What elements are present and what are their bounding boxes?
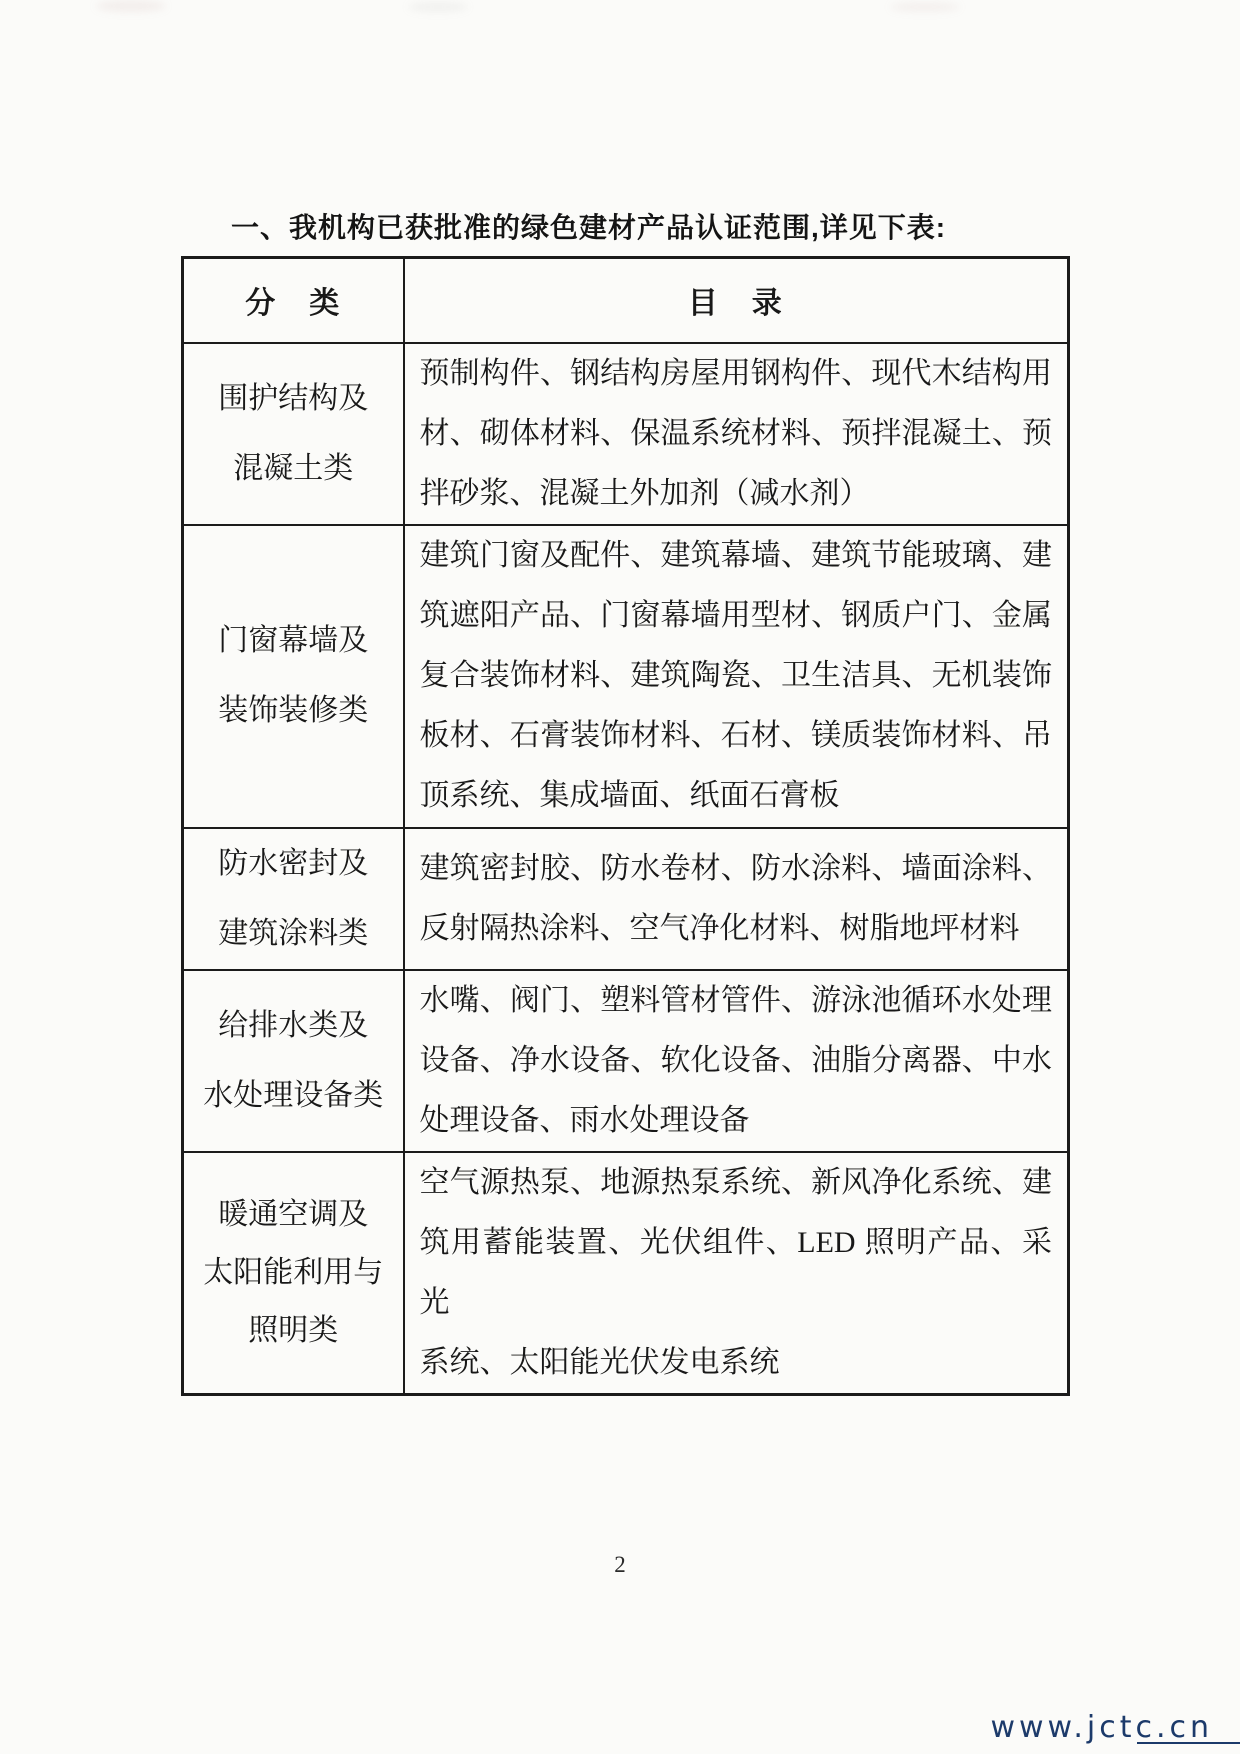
category-line: 围护结构及 xyxy=(184,364,403,434)
certification-scope-table: 分 类 目 录 围护结构及混凝土类预制构件、钢结构房屋用钢构件、现代木结构用材、… xyxy=(181,256,1070,1396)
category-line: 照明类 xyxy=(184,1302,403,1360)
category-line: 暖通空调及 xyxy=(184,1186,403,1244)
scan-smudge xyxy=(890,2,960,12)
category-cell: 暖通空调及太阳能利用与照明类 xyxy=(183,1152,404,1395)
category-cell: 围护结构及混凝土类 xyxy=(183,343,404,525)
category-line: 太阳能利用与 xyxy=(184,1244,403,1302)
table-row: 门窗幕墙及装饰装修类建筑门窗及配件、建筑幕墙、建筑节能玻璃、建筑遮阳产品、门窗幕… xyxy=(183,525,1069,828)
table-row: 暖通空调及太阳能利用与照明类空气源热泵、地源热泵系统、新风净化系统、建筑用蓄能装… xyxy=(183,1152,1069,1395)
category-cell: 给排水类及水处理设备类 xyxy=(183,970,404,1152)
column-header-catalog: 目 录 xyxy=(404,258,1069,343)
catalog-line: 建筑门窗及配件、建筑幕墙、建筑节能玻璃、建 xyxy=(420,526,1053,586)
catalog-line: 材、砌体材料、保温系统材料、预拌混凝土、预 xyxy=(420,404,1053,464)
catalog-line: 水嘴、阀门、塑料管材管件、游泳池循环水处理 xyxy=(420,971,1053,1031)
catalog-line: 板材、石膏装饰材料、石材、镁质装饰材料、吊 xyxy=(420,706,1053,766)
category-line: 建筑涂料类 xyxy=(184,899,403,969)
column-header-category: 分 类 xyxy=(183,258,404,343)
catalog-line: 反射隔热涂料、空气净化材料、树脂地坪材料 xyxy=(420,899,1053,959)
catalog-line: 筑用蓄能装置、光伏组件、LED 照明产品、采光 xyxy=(420,1213,1053,1333)
catalog-cell: 水嘴、阀门、塑料管材管件、游泳池循环水处理设备、净水设备、软化设备、油脂分离器、… xyxy=(404,970,1069,1152)
catalog-line: 预制构件、钢结构房屋用钢构件、现代木结构用 xyxy=(420,344,1053,404)
category-line: 水处理设备类 xyxy=(184,1061,403,1131)
category-line: 门窗幕墙及 xyxy=(184,606,403,676)
scan-smudge xyxy=(408,2,468,12)
scan-smudge xyxy=(96,0,166,12)
category-line: 混凝土类 xyxy=(184,434,403,504)
table-row: 防水密封及建筑涂料类建筑密封胶、防水卷材、防水涂料、墙面涂料、反射隔热涂料、空气… xyxy=(183,828,1069,970)
category-line: 给排水类及 xyxy=(184,991,403,1061)
category-line: 防水密封及 xyxy=(184,829,403,899)
catalog-line: 筑遮阳产品、门窗幕墙用型材、钢质户门、金属 xyxy=(420,586,1053,646)
catalog-cell: 建筑门窗及配件、建筑幕墙、建筑节能玻璃、建筑遮阳产品、门窗幕墙用型材、钢质户门、… xyxy=(404,525,1069,828)
page-number: 2 xyxy=(0,1552,1240,1578)
catalog-cell: 预制构件、钢结构房屋用钢构件、现代木结构用材、砌体材料、保温系统材料、预拌混凝土… xyxy=(404,343,1069,525)
table-row: 给排水类及水处理设备类水嘴、阀门、塑料管材管件、游泳池循环水处理设备、净水设备、… xyxy=(183,970,1069,1152)
catalog-line: 空气源热泵、地源热泵系统、新风净化系统、建 xyxy=(420,1153,1053,1213)
catalog-line: 处理设备、雨水处理设备 xyxy=(420,1091,1053,1151)
watermark-underline xyxy=(1137,1742,1240,1744)
section-heading: 一、我机构已获批准的绿色建材产品认证范围,详见下表: xyxy=(231,206,946,246)
table-row: 围护结构及混凝土类预制构件、钢结构房屋用钢构件、现代木结构用材、砌体材料、保温系… xyxy=(183,343,1069,525)
catalog-cell: 建筑密封胶、防水卷材、防水涂料、墙面涂料、反射隔热涂料、空气净化材料、树脂地坪材… xyxy=(404,828,1069,970)
catalog-line: 设备、净水设备、软化设备、油脂分离器、中水 xyxy=(420,1031,1053,1091)
category-cell: 门窗幕墙及装饰装修类 xyxy=(183,525,404,828)
catalog-line: 复合装饰材料、建筑陶瓷、卫生洁具、无机装饰 xyxy=(420,646,1053,706)
category-cell: 防水密封及建筑涂料类 xyxy=(183,828,404,970)
table-header-row: 分 类 目 录 xyxy=(183,258,1069,343)
catalog-line: 顶系统、集成墙面、纸面石膏板 xyxy=(420,766,1053,826)
catalog-line: 拌砂浆、混凝土外加剂（减水剂） xyxy=(420,464,1053,524)
site-watermark: www.jctc.cn xyxy=(990,1710,1213,1745)
catalog-line: 系统、太阳能光伏发电系统 xyxy=(420,1333,1053,1393)
catalog-cell: 空气源热泵、地源热泵系统、新风净化系统、建筑用蓄能装置、光伏组件、LED 照明产… xyxy=(404,1152,1069,1395)
catalog-line: 建筑密封胶、防水卷材、防水涂料、墙面涂料、 xyxy=(420,839,1053,899)
category-line: 装饰装修类 xyxy=(184,676,403,746)
